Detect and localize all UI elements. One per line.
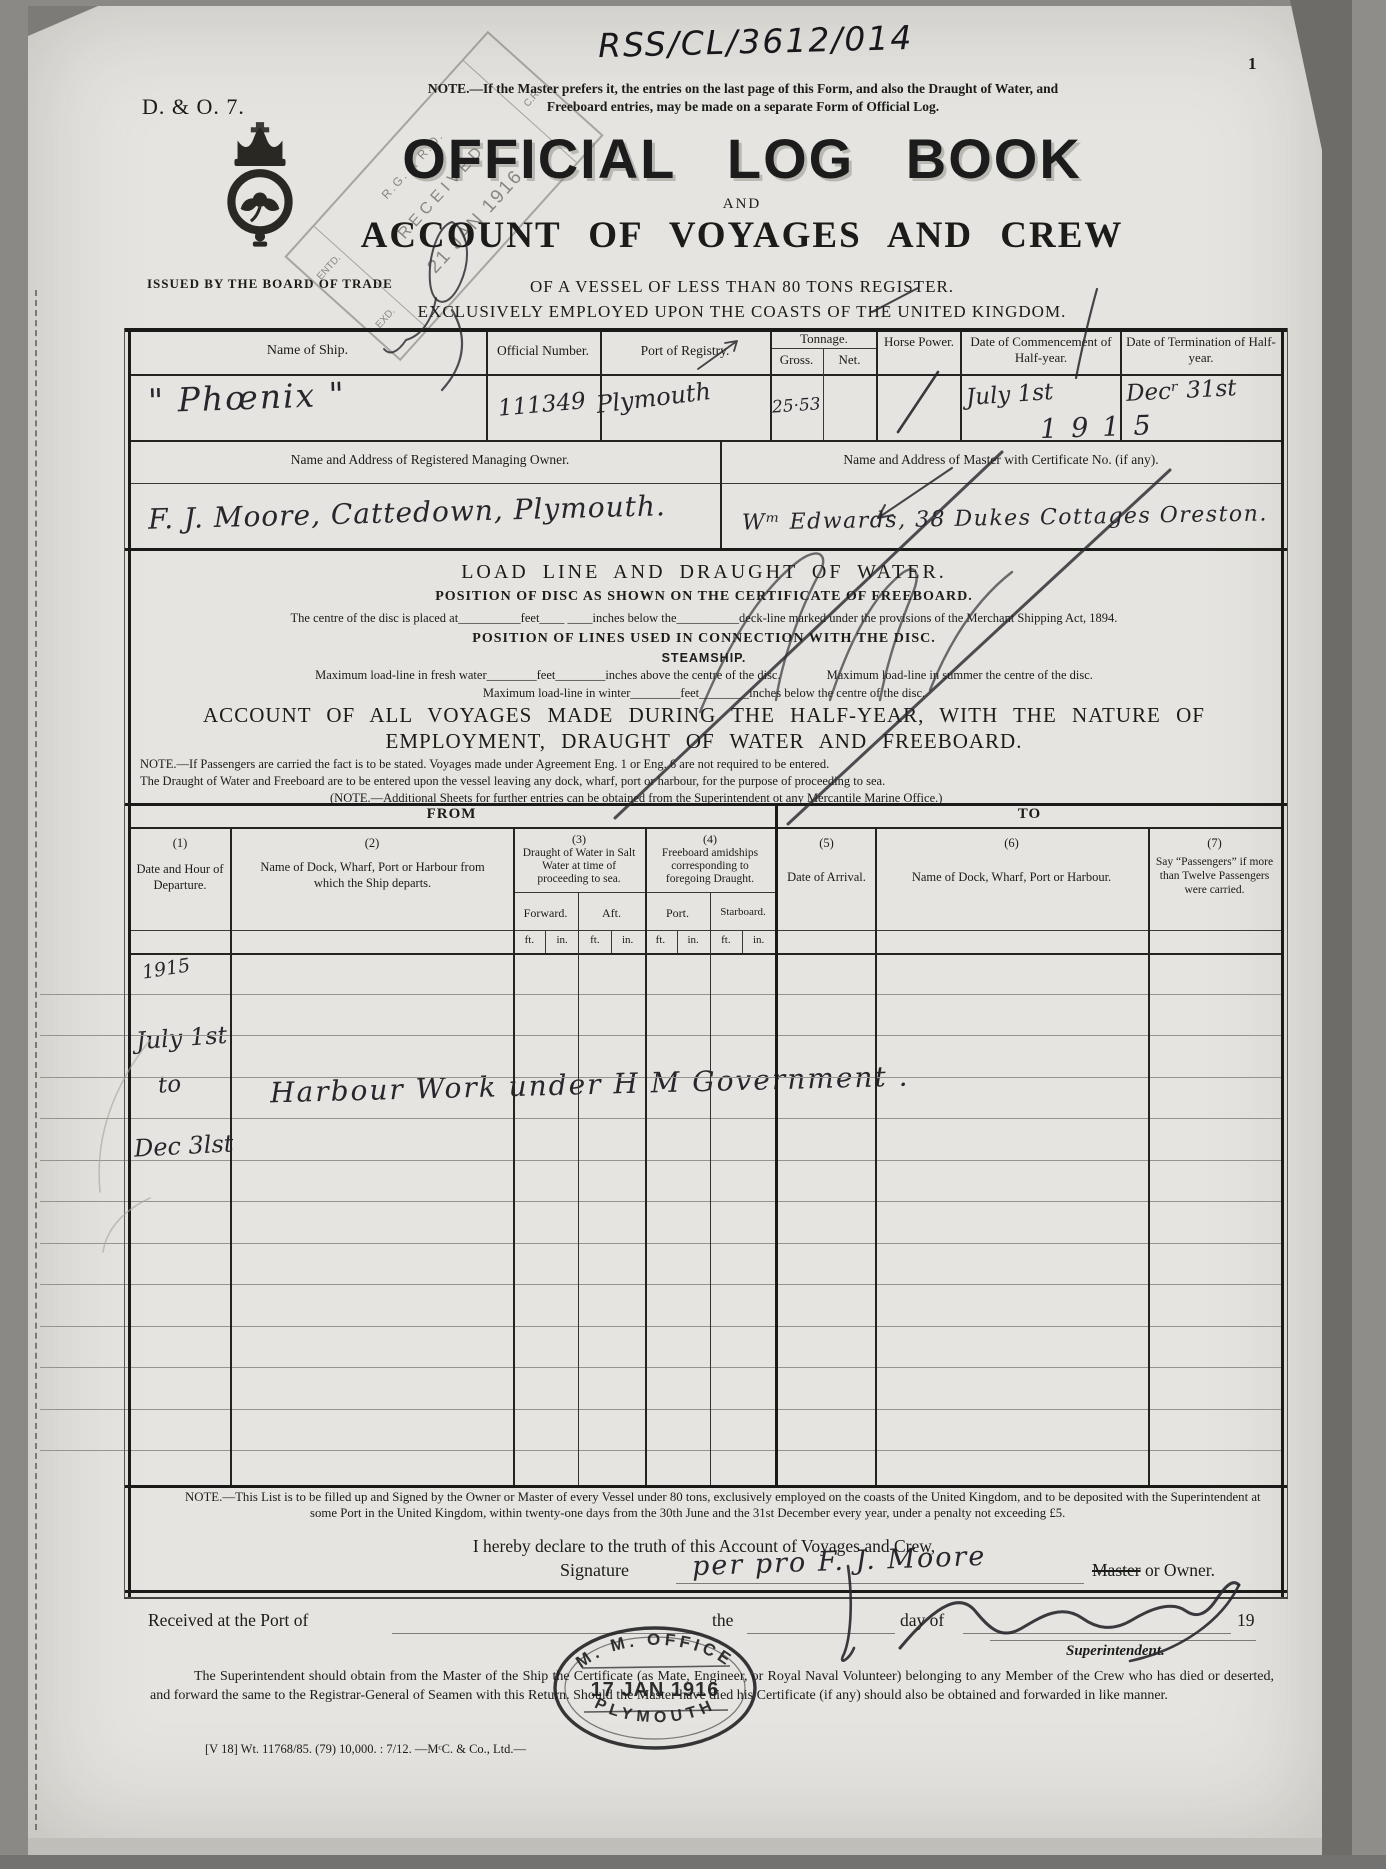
scan-margin-right xyxy=(1352,0,1386,1869)
scan-margin-bottom xyxy=(0,1855,1386,1869)
scanned-log-book-page: ENTD.EXD. R.G. & R.O. RECEIVED 21 JAN 19… xyxy=(0,0,1386,1869)
next-page-edge-bottom xyxy=(28,1838,1322,1855)
svg-text:17 JAN 1916: 17 JAN 1916 xyxy=(591,1679,720,1701)
ink-marks xyxy=(0,0,1386,1869)
page-edge-right xyxy=(1322,0,1352,1869)
office-date-stamp: M. M. OFFICE PLYMOUTH 17 JAN 1916 xyxy=(548,1622,763,1762)
